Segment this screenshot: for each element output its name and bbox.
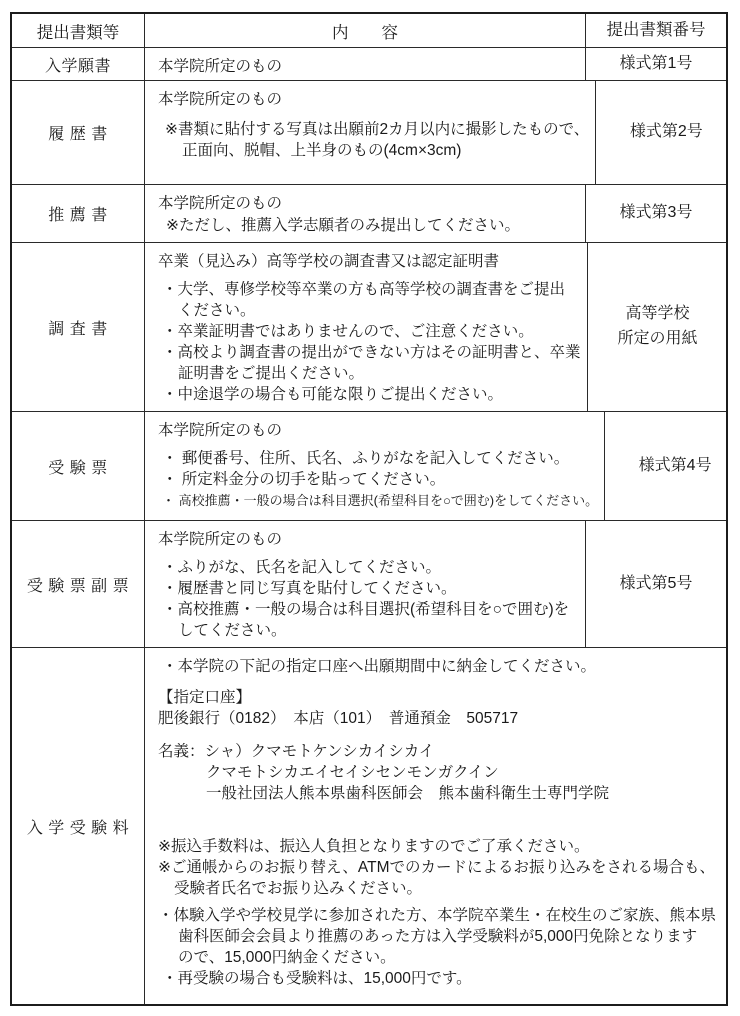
doc-type-cell: 受 験 票 副 票 xyxy=(12,521,145,647)
content-line: 本学院所定のもの xyxy=(158,193,579,214)
number-cell: 様式第1号 xyxy=(586,48,726,80)
content-line: ※書類に貼付する写真は出願前2カ月以内に撮影したもので、 xyxy=(158,119,589,140)
content-line: 【指定口座】 xyxy=(158,687,716,708)
content-line: ・高校より調査書の提出ができない方はその証明書と、卒業 xyxy=(158,342,581,363)
table-rows: 入学願書本学院所定のもの様式第1号履 歴 書本学院所定のもの※書類に貼付する写真… xyxy=(12,48,726,1004)
header-number: 提出書類番号 xyxy=(586,14,726,47)
doc-type-label: 受 験 票 副 票 xyxy=(27,573,129,596)
content-line: ください。 xyxy=(158,300,581,321)
form-number-label: 様式第3号 xyxy=(620,201,693,226)
doc-type-label: 入 学 受 験 料 xyxy=(27,815,129,838)
number-cell: 様式第3号 xyxy=(586,185,726,242)
content-cell: 本学院所定のもの・ 郵便番号、住所、氏名、ふりがなを記入してください。・ 所定料… xyxy=(145,412,605,520)
content-line: ・ 高校推薦・一般の場合は科目選択(希望科目を○で囲む)をしてください。 xyxy=(158,490,598,511)
content-line: 本学院所定のもの xyxy=(158,420,598,441)
content-line: ・中途退学の場合も可能な限りご提出ください。 xyxy=(158,384,581,405)
number-cell: 様式第4号 xyxy=(605,412,726,520)
doc-type-label: 履 歴 書 xyxy=(48,121,107,144)
content-line: 一般社団法人熊本県歯科医師会 熊本歯科衛生士専門学院 xyxy=(158,783,716,804)
content-line: クマモトシカエイセイシセンモンガクイン xyxy=(158,762,716,783)
content-line: 証明書をご提出ください。 xyxy=(158,363,581,384)
table-row: 調 査 書卒業（見込み）高等学校の調査書又は認定証明書・大学、専修学校等卒業の方… xyxy=(12,243,726,412)
content-line: ・再受験の場合も受験料は、15,000円です。 xyxy=(158,968,716,989)
doc-type-cell: 推 薦 書 xyxy=(12,185,145,242)
table-row: 受 験 票 副 票本学院所定のもの・ふりがな、氏名を記入してください。・履歴書と… xyxy=(12,521,726,648)
content-line: ・卒業証明書ではありませんので、ご注意ください。 xyxy=(158,321,581,342)
doc-type-cell: 入 学 受 験 料 xyxy=(12,648,145,1004)
form-number-label: 様式第1号 xyxy=(620,52,693,77)
doc-type-label: 調 査 書 xyxy=(48,316,107,339)
form-number-label: 様式第2号 xyxy=(630,120,703,145)
content-line: 名義：シャ）クマモトケンシカイシカイ xyxy=(158,741,716,762)
content-line: ※ご通帳からのお振り替え、ATMでのカードによるお振り込みをされる場合も、 xyxy=(158,857,716,878)
table-row: 推 薦 書本学院所定のもの※ただし、推薦入学志願者のみ提出してください。様式第3… xyxy=(12,185,726,243)
content-line: 本学院所定のもの xyxy=(158,529,579,550)
content-line: ・本学院の下記の指定口座へ出願期間中に納金してください。 xyxy=(158,656,716,677)
header-content: 内 容 xyxy=(145,14,586,47)
content-cell: 卒業（見込み）高等学校の調査書又は認定証明書・大学、専修学校等卒業の方も高等学校… xyxy=(145,243,588,411)
table-header-row: 提出書類等 内 容 提出書類番号 xyxy=(12,14,726,48)
number-cell: 様式第5号 xyxy=(586,521,726,647)
number-cell: 様式第2号 xyxy=(596,81,726,184)
content-line: 正面向、脱帽、上半身のもの(4cm×3cm) xyxy=(158,140,589,161)
form-number-label: 様式第4号 xyxy=(639,454,712,479)
table-row: 入学願書本学院所定のもの様式第1号 xyxy=(12,48,726,81)
content-line: ※振込手数料は、振込人負担となりますのでご了承ください。 xyxy=(158,836,716,857)
content-line: ・ 郵便番号、住所、氏名、ふりがなを記入してください。 xyxy=(158,448,598,469)
content-line: ・履歴書と同じ写真を貼付してください。 xyxy=(158,578,579,599)
content-line: 卒業（見込み）高等学校の調査書又は認定証明書 xyxy=(158,251,581,272)
doc-type-label: 推 薦 書 xyxy=(48,202,107,225)
content-line: ・ 所定料金分の切手を貼ってください。 xyxy=(158,469,598,490)
content-cell: ・本学院の下記の指定口座へ出願期間中に納金してください。【指定口座】肥後銀行（0… xyxy=(145,648,726,1004)
content-line: ・高校推薦・一般の場合は科目選択(希望科目を○で囲む)を xyxy=(158,599,579,620)
form-number-label: 様式第5号 xyxy=(620,572,693,597)
content-line: ので、15,000円納金ください。 xyxy=(158,947,716,968)
doc-type-cell: 調 査 書 xyxy=(12,243,145,411)
doc-type-cell: 受 験 票 xyxy=(12,412,145,520)
content-line: 本学院所定のもの xyxy=(158,56,579,77)
doc-type-label: 入学願書 xyxy=(45,53,111,76)
document-page: { "colors": { "border": "#1c1c1c", "text… xyxy=(0,0,740,1016)
header-doc-type: 提出書類等 xyxy=(12,14,145,47)
content-cell: 本学院所定のもの※ただし、推薦入学志願者のみ提出してください。 xyxy=(145,185,586,242)
content-line: ※ただし、推薦入学志願者のみ提出してください。 xyxy=(158,215,579,236)
doc-type-label: 受 験 票 xyxy=(48,455,107,478)
form-number-label: 高等学校 所定の用紙 xyxy=(618,302,698,352)
table-row: 履 歴 書本学院所定のもの※書類に貼付する写真は出願前2カ月以内に撮影したもので… xyxy=(12,81,726,185)
content-cell: 本学院所定のもの xyxy=(145,48,586,80)
content-line: ・体験入学や学校見学に参加された方、本学院卒業生・在校生のご家族、熊本県 xyxy=(158,905,716,926)
content-line: ・大学、専修学校等卒業の方も高等学校の調査書をご提出 xyxy=(158,279,581,300)
doc-type-cell: 入学願書 xyxy=(12,48,145,80)
content-cell: 本学院所定のもの※書類に貼付する写真は出願前2カ月以内に撮影したもので、正面向、… xyxy=(145,81,596,184)
table-row: 入 学 受 験 料・本学院の下記の指定口座へ出願期間中に納金してください。【指定… xyxy=(12,648,726,1004)
doc-type-cell: 履 歴 書 xyxy=(12,81,145,184)
content-line: 受験者氏名でお振り込みください。 xyxy=(158,878,716,899)
content-line: ・ふりがな、氏名を記入してください。 xyxy=(158,557,579,578)
table-row: 受 験 票本学院所定のもの・ 郵便番号、住所、氏名、ふりがなを記入してください。… xyxy=(12,412,726,521)
content-cell: 本学院所定のもの・ふりがな、氏名を記入してください。・履歴書と同じ写真を貼付して… xyxy=(145,521,586,647)
content-line: 歯科医師会会員より推薦のあった方は入学受験料が5,000円免除となります xyxy=(158,926,716,947)
submission-documents-table: 提出書類等 内 容 提出書類番号 入学願書本学院所定のもの様式第1号履 歴 書本… xyxy=(10,12,728,1006)
content-line: 肥後銀行（0182） 本店（101） 普通預金 505717 xyxy=(158,708,716,729)
content-line: してください。 xyxy=(158,620,579,641)
number-cell: 高等学校 所定の用紙 xyxy=(588,243,726,411)
content-line: 本学院所定のもの xyxy=(158,89,589,110)
